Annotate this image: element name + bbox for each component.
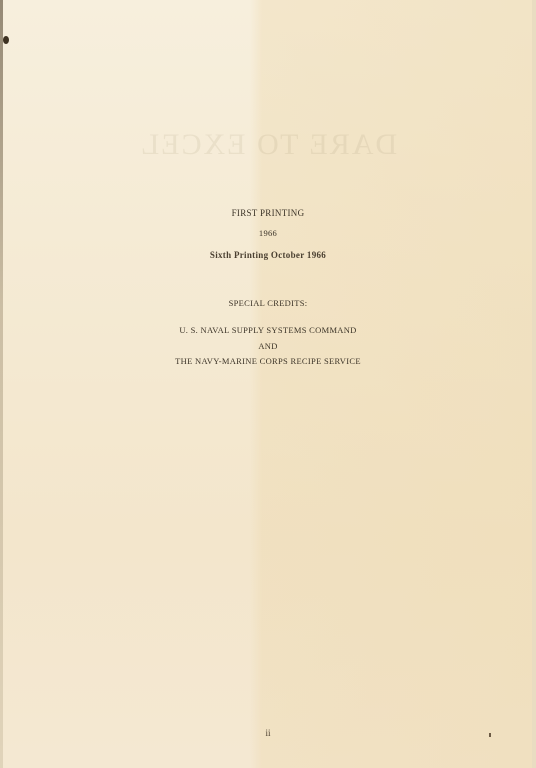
page-right-edge (532, 0, 536, 768)
latest-printing: Sixth Printing October 1966 (0, 250, 536, 260)
credit-conjunction: AND (0, 341, 536, 351)
page-left-edge (0, 0, 3, 768)
binding-hole (3, 36, 9, 44)
page-number: ii (0, 728, 536, 738)
credit-line-1: U. S. NAVAL SUPPLY SYSTEMS COMMAND (0, 325, 536, 335)
first-printing-year: 1966 (0, 228, 536, 238)
first-printing-label: FIRST PRINTING (0, 208, 536, 218)
scanned-page: DARE TO EXCEL FIRST PRINTING 1966 Sixth … (0, 0, 536, 768)
bleed-through-title: DARE TO EXCEL (0, 128, 536, 162)
credit-line-2: THE NAVY-MARINE CORPS RECIPE SERVICE (0, 356, 536, 366)
credits-heading: SPECIAL CREDITS: (0, 298, 536, 308)
